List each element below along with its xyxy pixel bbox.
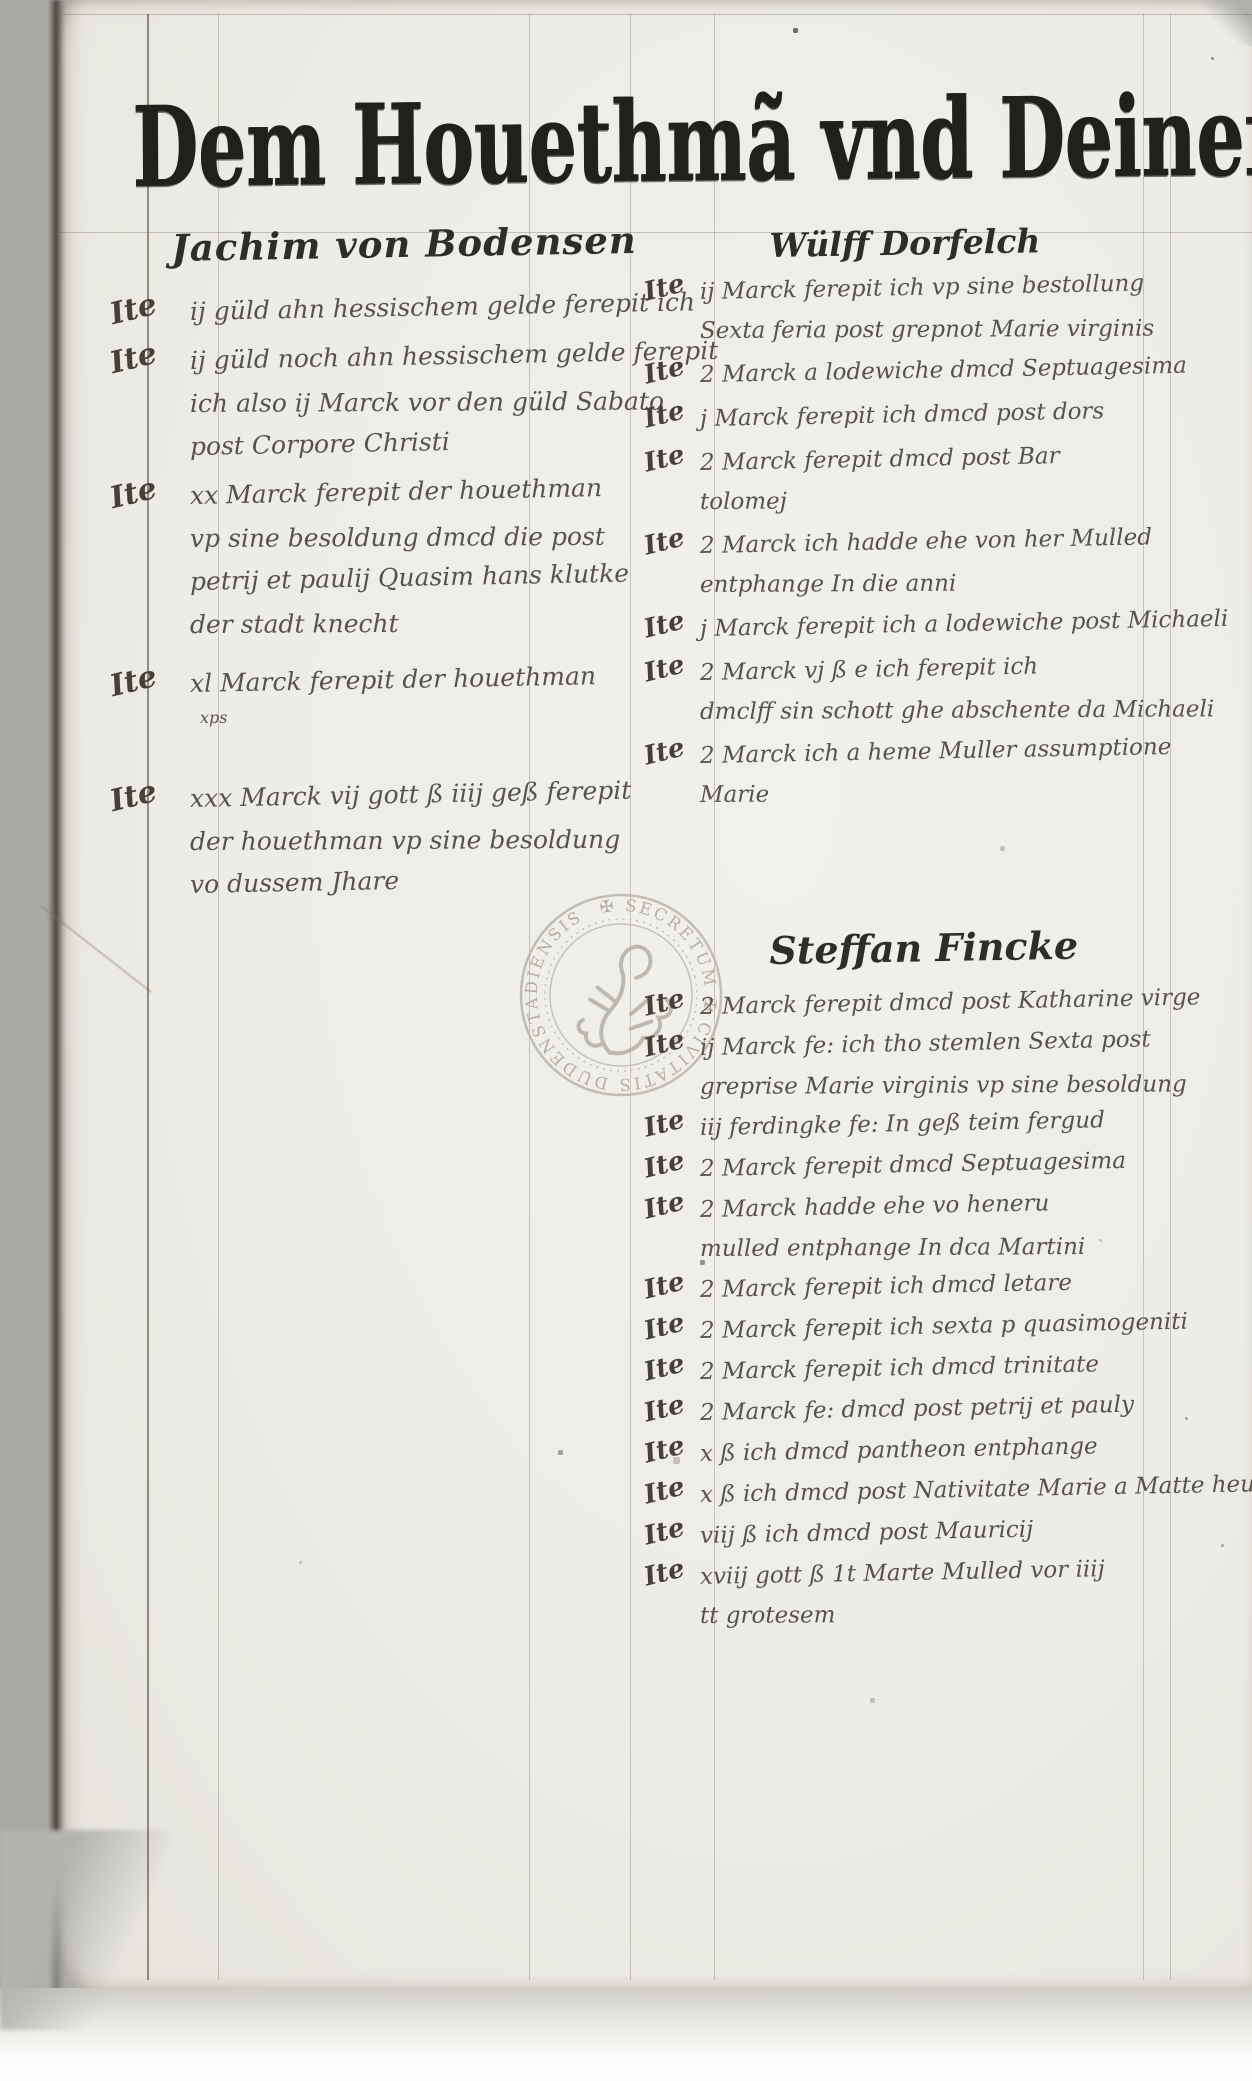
entry-lines: 2 Marck hadde ehe vo henerumulled entpha… [700, 1191, 1210, 1269]
entry-line: post Corpore Christi [190, 415, 696, 468]
entry-line: 2 Marck a lodewiche dmcd Septuagesima [700, 346, 1211, 395]
entry-line: Sexta feria post grepnot Marie virginis [700, 309, 1210, 351]
ledger-entry: Ite ij Marck fe: ich tho stemlen Sexta p… [700, 1029, 1210, 1107]
entry-line: Marie [700, 773, 1210, 815]
section-steffan-fincke: Steffan Fincke Ite 2 Marck ferepit dmcd … [700, 928, 1210, 1638]
entry-line: vo dussem Jhare [190, 853, 696, 906]
entry-list: Ite ij Marck ferepit ich vp sine bestoll… [700, 273, 1210, 815]
manuscript-scan: ✠ SECRETUM ✠ CIVITATIS DUDENSTADIENSIS D… [0, 0, 1252, 2081]
ledger-entry: Ite xl Marck ferepit der houethmanxps [190, 662, 695, 731]
entry-line: tt grotesem [700, 1594, 1210, 1636]
entry-line: j Marck ferepit ich dmcd post dors [700, 390, 1211, 439]
entry-line: ij Marck fe: ich tho stemlen Sexta post [700, 1019, 1211, 1068]
page-corner [1192, 0, 1252, 46]
ledger-entry: Ite 2 Marck ferepit dmcd post Bartolomej [700, 444, 1210, 522]
entry-lines: 2 Marck a lodewiche dmcd Septuagesima [700, 356, 1210, 395]
entry-line: ij güld ahn hessischem gelde ferepit ich [190, 280, 696, 333]
entry-line: der stadt knecht [190, 600, 695, 646]
entry-lines: 2 Marck ich a heme Muller assumptioneMar… [700, 737, 1210, 815]
entry-line: 2 Marck vj ß e ich ferepit ich [700, 644, 1211, 693]
entry-line: xx Marck ferepit der houethman [190, 464, 696, 517]
entry-lines: xviij gott ß 1t Marte Mulled vor iiijtt … [700, 1558, 1210, 1636]
entry-lines: xx Marck ferepit der houethmanvp sine be… [190, 474, 695, 646]
ledger-entry: Ite ij güld ahn hessischem gelde ferepit… [190, 290, 695, 333]
ledger-entry: Ite 2 Marck a lodewiche dmcd Septuagesim… [700, 356, 1210, 395]
entry-list: Ite 2 Marck ferepit dmcd post Katharine … [700, 988, 1210, 1636]
entry-line: j Marck ferepit ich a lodewiche post Mic… [700, 600, 1211, 649]
entry-lines: 2 Marck ferepit dmcd post Bartolomej [700, 444, 1210, 522]
entry-lines: 2 Marck ich hadde ehe von her Mulledentp… [700, 527, 1210, 605]
entry-lines: ij Marck fe: ich tho stemlen Sexta postg… [700, 1029, 1210, 1107]
ink-specks [0, 0, 1, 1]
ledger-entry: Ite j Marck ferepit ich a lodewiche post… [700, 610, 1210, 649]
section-title: Jachim von Bodensen [171, 217, 695, 290]
entry-lines: ij güld noch ahn hessischem gelde ferepi… [190, 339, 695, 468]
entry-line: 2 Marck hadde ehe vo heneru [700, 1181, 1211, 1230]
entry-lines: xl Marck ferepit der houethmanxps [190, 662, 695, 731]
entry-list: Ite ij güld ahn hessischem gelde ferepit… [190, 290, 695, 906]
section-wulff-dorfelch: Wülff Dorfelch Ite ij Marck ferepit ich … [700, 226, 1210, 820]
entry-lines: ij güld ahn hessischem gelde ferepit ich [190, 290, 695, 333]
entry-lines: j Marck ferepit ich a lodewiche post Mic… [700, 610, 1210, 649]
ruled-line-horizontal [58, 14, 1252, 15]
entry-lines: xxx Marck vij gott ß iiij geß ferepitder… [190, 777, 695, 906]
section-jachim-von-bodensen: Jachim von Bodensen Ite ij güld ahn hess… [190, 226, 695, 912]
binding-edge [48, 0, 66, 1992]
entry-lines: ij Marck ferepit ich vp sine bestollungS… [700, 273, 1210, 351]
entry-lines: j Marck ferepit ich dmcd post dors [700, 400, 1210, 439]
entry-line: xps [200, 702, 695, 731]
entry-line: tolomej [700, 480, 1210, 522]
ledger-entry: Ite 2 Marck vj ß e ich ferepit ichdmclff… [700, 654, 1210, 732]
ledger-entry: Ite ij güld noch ahn hessischem gelde fe… [190, 339, 695, 468]
ledger-entry: Ite 2 Marck ich a heme Muller assumption… [700, 737, 1210, 815]
entry-line: entphange In die anni [700, 563, 1210, 605]
entry-lines: 2 Marck vj ß e ich ferepit ichdmclff sin… [700, 654, 1210, 732]
ledger-entry: Ite 2 Marck hadde ehe vo henerumulled en… [700, 1191, 1210, 1269]
ledger-entry: Ite 2 Marck ich hadde ehe von her Mulled… [700, 527, 1210, 605]
entry-line: xxx Marck vij gott ß iiij geß ferepit [190, 767, 696, 820]
ledger-entry: Ite ij Marck ferepit ich vp sine bestoll… [700, 273, 1210, 351]
entry-line: 2 Marck ferepit dmcd post Bar [700, 434, 1211, 483]
entry-line: ij güld noch ahn hessischem gelde ferepi… [190, 329, 696, 382]
ledger-entry: Ite j Marck ferepit ich dmcd post dors [700, 400, 1210, 439]
entry-line: ij Marck ferepit ich vp sine bestollung [700, 263, 1211, 312]
section-title: Steffan Fincke [769, 920, 1210, 988]
page-curl [0, 1830, 170, 2030]
entry-line: 2 Marck ich a heme Muller assumptione [700, 727, 1211, 776]
underlying-pages [0, 1988, 1252, 2081]
entry-line: 2 Marck ich hadde ehe von her Mulled [700, 517, 1211, 566]
entry-line: xviij gott ß 1t Marte Mulled vor iiij [700, 1548, 1211, 1597]
ledger-entry: Ite xviij gott ß 1t Marte Mulled vor iii… [700, 1558, 1210, 1636]
ledger-entry: Ite xxx Marck vij gott ß iiij geß ferepi… [190, 777, 695, 906]
ledger-entry: Ite xx Marck ferepit der houethmanvp sin… [190, 474, 695, 646]
entry-line: petrij et paulij Quasim hans klutke [190, 550, 696, 603]
entry-line: xl Marck ferepit der houethman [190, 652, 696, 705]
entry-line: dmclff sin schott ghe abschente da Micha… [700, 690, 1210, 732]
